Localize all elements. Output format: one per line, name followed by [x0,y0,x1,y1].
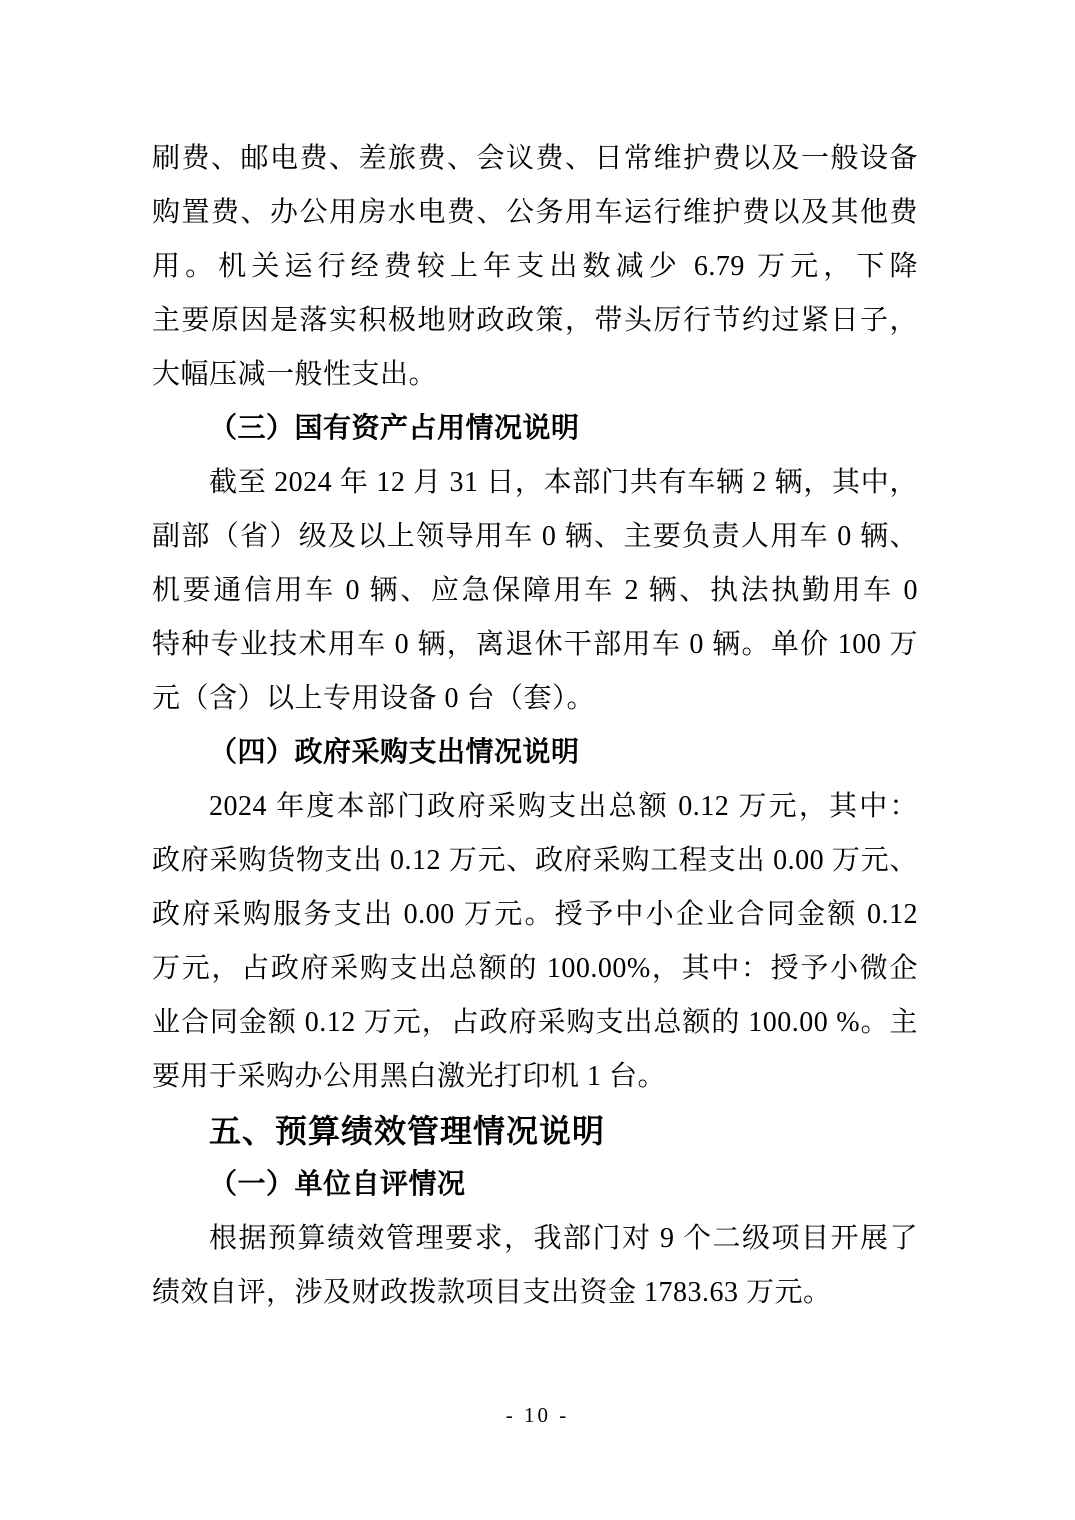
para-procurement-line: 业合同金额 0.12 万元，占政府采购支出总额的 100.00 %。主 [152,996,918,1050]
para-self-eval-line: 根据预算绩效管理要求，我部门对 9 个二级项目开展了 [152,1212,918,1266]
para-state-assets-line: 特种专业技术用车 0 辆，离退休干部用车 0 辆。单价 100 万 [152,618,918,672]
heading-unit-self-eval: （一）单位自评情况 [152,1158,918,1212]
para-procurement-line: 万元，占政府采购支出总额的 100.00%，其中：授予小微企 [152,942,918,996]
heading-budget-performance: 五、预算绩效管理情况说明 [152,1104,918,1158]
para-admin-expense-line: 购置费、办公用房水电费、公务用车运行维护费以及其他费 [152,186,918,240]
para-admin-expense-line: 大幅压减一般性支出。 [152,348,918,402]
para-state-assets-line: 截至 2024 年 12 月 31 日，本部门共有车辆 2 辆，其中， [152,456,918,510]
para-state-assets-line: 元（含）以上专用设备 0 台（套）。 [152,672,918,726]
para-state-assets-line: 机要通信用车 0 辆、应急保障用车 2 辆、执法执勤用车 0 辆， [152,564,918,618]
document-body: 刷费、邮电费、差旅费、会议费、日常维护费以及一般设备 购置费、办公用房水电费、公… [152,132,918,1320]
para-procurement-line: 2024 年度本部门政府采购支出总额 0.12 万元，其中： [152,780,918,834]
para-self-eval-line: 绩效自评，涉及财政拨款项目支出资金 1783.63 万元。 [152,1266,918,1320]
document-page: 刷费、邮电费、差旅费、会议费、日常维护费以及一般设备 购置费、办公用房水电费、公… [0,0,1075,1520]
page-number: - 10 - [0,1400,1075,1430]
para-procurement-line: 政府采购服务支出 0.00 万元。授予中小企业合同金额 0.12 [152,888,918,942]
para-admin-expense-line: 刷费、邮电费、差旅费、会议费、日常维护费以及一般设备 [152,132,918,186]
heading-gov-procurement: （四）政府采购支出情况说明 [152,726,918,780]
heading-state-assets: （三）国有资产占用情况说明 [152,402,918,456]
para-admin-expense-line: 用。机关运行经费较上年支出数减少 6.79 万元，下降 17.4%， [152,240,918,294]
para-procurement-line: 政府采购货物支出 0.12 万元、政府采购工程支出 0.00 万元、 [152,834,918,888]
para-admin-expense-line: 主要原因是落实积极地财政政策，带头厉行节约过紧日子， [152,294,918,348]
para-state-assets-line: 副部（省）级及以上领导用车 0 辆、主要负责人用车 0 辆、 [152,510,918,564]
para-procurement-line: 要用于采购办公用黑白激光打印机 1 台。 [152,1050,918,1104]
